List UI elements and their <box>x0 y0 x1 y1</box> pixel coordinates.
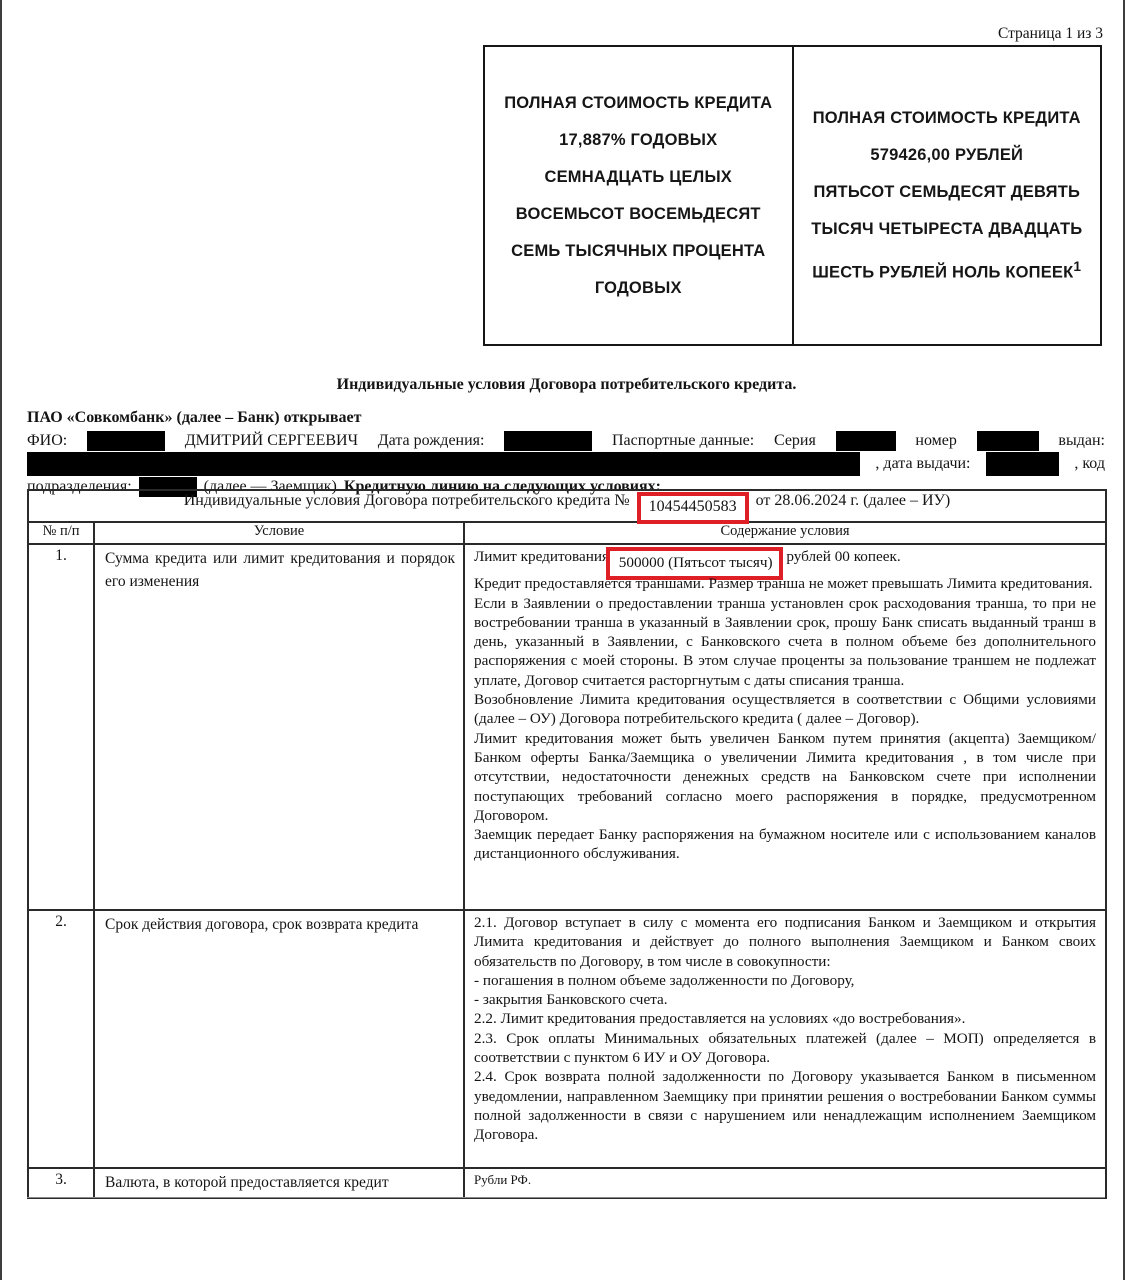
row2-paragraph: - закрытия Банковского счета. <box>474 990 1096 1009</box>
issue-date-label: , дата выдачи: <box>875 455 970 473</box>
psk-left-line: СЕМЬ ТЫСЯЧНЫХ ПРОЦЕНТА <box>511 233 765 270</box>
row1-condition: Сумма кредита или лимит кредитования и п… <box>94 544 464 910</box>
row1-paragraph: Лимит кредитования может быть увеличен Б… <box>474 729 1096 825</box>
psk-left-line: 17,887% ГОДОВЫХ <box>559 122 717 159</box>
table-merged-header-row: Индивидуальные условия Договора потребит… <box>28 490 1106 522</box>
row2-number: 2. <box>28 910 94 1168</box>
redaction-bar <box>977 431 1039 451</box>
intro-opening-line: ПАО «Совкомбанк» (далее – Банк) открывае… <box>27 406 1105 429</box>
document-title: Индивидуальные условия Договора потребит… <box>0 376 1133 394</box>
row1-paragraph: Заемщик передает Банку распоряжения на б… <box>474 825 1096 864</box>
row2-paragraph: 2.1. Договор вступает в силу с момента е… <box>474 913 1096 971</box>
psk-right-line: ШЕСТЬ РУБЛЕЙ НОЛЬ КОПЕЕК1 <box>812 248 1081 292</box>
footnote-marker: 1 <box>1073 259 1081 274</box>
table-bottom-rule <box>27 1197 1105 1198</box>
redaction-bar <box>87 431 165 451</box>
limit-suffix: рублей 00 копеек. <box>786 548 900 565</box>
issued-label: выдан: <box>1058 432 1105 450</box>
table-merged-header: Индивидуальные условия Договора потребит… <box>28 490 1106 522</box>
redaction-bar <box>836 431 896 451</box>
full-cost-rubles-box: ПОЛНАЯ СТОИМОСТЬ КРЕДИТА 579426,00 РУБЛЕ… <box>792 47 1101 344</box>
contract-number-highlight: 10454450583 <box>637 492 749 524</box>
row2-content: 2.1. Договор вступает в силу с момента е… <box>464 910 1106 1168</box>
merged-header-prefix: Индивидуальные условия Договора потребит… <box>184 492 630 509</box>
table-row: 1. Сумма кредита или лимит кредитования … <box>28 544 1106 910</box>
row2-paragraph: 2.3. Срок оплаты Минимальных обязательны… <box>474 1029 1096 1068</box>
fio-label: ФИО: <box>27 432 67 450</box>
merged-header-suffix: от 28.06.2024 г. (далее – ИУ) <box>756 492 951 509</box>
row2-paragraph: - погашения в полном объеме задолженност… <box>474 971 1096 990</box>
row1-number: 1. <box>28 544 94 910</box>
psk-right-line: ТЫСЯЧ ЧЕТЫРЕСТА ДВАДЦАТЬ <box>811 211 1082 248</box>
psk-left-line: ПОЛНАЯ СТОИМОСТЬ КРЕДИТА <box>504 85 772 122</box>
column-header-content: Содержание условия <box>464 522 1106 544</box>
redaction-bar <box>504 431 592 451</box>
column-header-num: № п/п <box>28 522 94 544</box>
psk-right-line: 579426,00 РУБЛЕЙ <box>870 137 1023 174</box>
credit-agreement-page: Страница 1 из 3 ПОЛНАЯ СТОИМОСТЬ КРЕДИТА… <box>0 0 1133 1280</box>
borrower-name: ДМИТРИЙ СЕРГЕЕВИЧ <box>185 432 358 450</box>
page-right-border <box>1123 0 1125 1280</box>
series-label: Серия <box>774 432 816 450</box>
table-row: 2. Срок действия договора, срок возврата… <box>28 910 1106 1168</box>
intro-section: ПАО «Совкомбанк» (далее – Банк) открывае… <box>27 406 1105 498</box>
birth-date-label: Дата рождения: <box>378 432 485 450</box>
contract-terms-table: Индивидуальные условия Договора потребит… <box>27 489 1107 1199</box>
passport-label: Паспортные данные: <box>612 432 754 450</box>
row3-content: Рубли РФ. <box>464 1168 1106 1198</box>
column-header-condition: Условие <box>94 522 464 544</box>
full-cost-boxes: ПОЛНАЯ СТОИМОСТЬ КРЕДИТА 17,887% ГОДОВЫХ… <box>483 45 1102 346</box>
number-label: номер <box>915 432 956 450</box>
limit-prefix: Лимит кредитования <box>474 548 609 565</box>
row2-paragraph: 2.4. Срок возврата полной задолженности … <box>474 1067 1096 1144</box>
psk-right-last-line: ШЕСТЬ РУБЛЕЙ НОЛЬ КОПЕЕК <box>812 263 1073 281</box>
row1-paragraph: Кредит предоставляется траншами. Размер … <box>474 574 1096 593</box>
row3-number: 3. <box>28 1168 94 1198</box>
psk-left-line: СЕМНАДЦАТЬ ЦЕЛЫХ <box>544 159 732 196</box>
row2-condition: Срок действия договора, срок возврата кр… <box>94 910 464 1168</box>
page-left-border <box>0 0 2 1280</box>
page-number: Страница 1 из 3 <box>998 25 1103 43</box>
table-row: 3. Валюта, в которой предоставляется кре… <box>28 1168 1106 1198</box>
row2-paragraph: 2.2. Лимит кредитования предоставляется … <box>474 1009 1096 1028</box>
row1-paragraph: Если в Заявлении о предоставлении транша… <box>474 594 1096 690</box>
psk-left-line: ВОСЕМЬСОТ ВОСЕМЬДЕСЯТ <box>516 196 761 233</box>
row1-content: Лимит кредитования 500000 (Пятьсот тысяч… <box>464 544 1106 910</box>
row3-condition: Валюта, в которой предоставляется кредит <box>94 1168 464 1198</box>
intro-passport-line: , дата выдачи: , код <box>27 452 1105 475</box>
psk-right-line: ПЯТЬСОТ СЕМЬДЕСЯТ ДЕВЯТЬ <box>813 174 1080 211</box>
table-column-header-row: № п/п Условие Содержание условия <box>28 522 1106 544</box>
redaction-bar <box>27 452 860 476</box>
redaction-bar <box>986 452 1059 476</box>
full-cost-percent-box: ПОЛНАЯ СТОИМОСТЬ КРЕДИТА 17,887% ГОДОВЫХ… <box>485 47 792 344</box>
row1-paragraph: Возобновление Лимита кредитования осущес… <box>474 690 1096 729</box>
intro-fio-line: ФИО: ДМИТРИЙ СЕРГЕЕВИЧ Дата рождения: Па… <box>27 429 1105 452</box>
row1-limit-line: Лимит кредитования 500000 (Пятьсот тысяч… <box>474 547 1096 574</box>
psk-right-line: ПОЛНАЯ СТОИМОСТЬ КРЕДИТА <box>813 100 1081 137</box>
code-label: , код <box>1074 455 1105 473</box>
psk-left-line: ГОДОВЫХ <box>595 270 682 307</box>
